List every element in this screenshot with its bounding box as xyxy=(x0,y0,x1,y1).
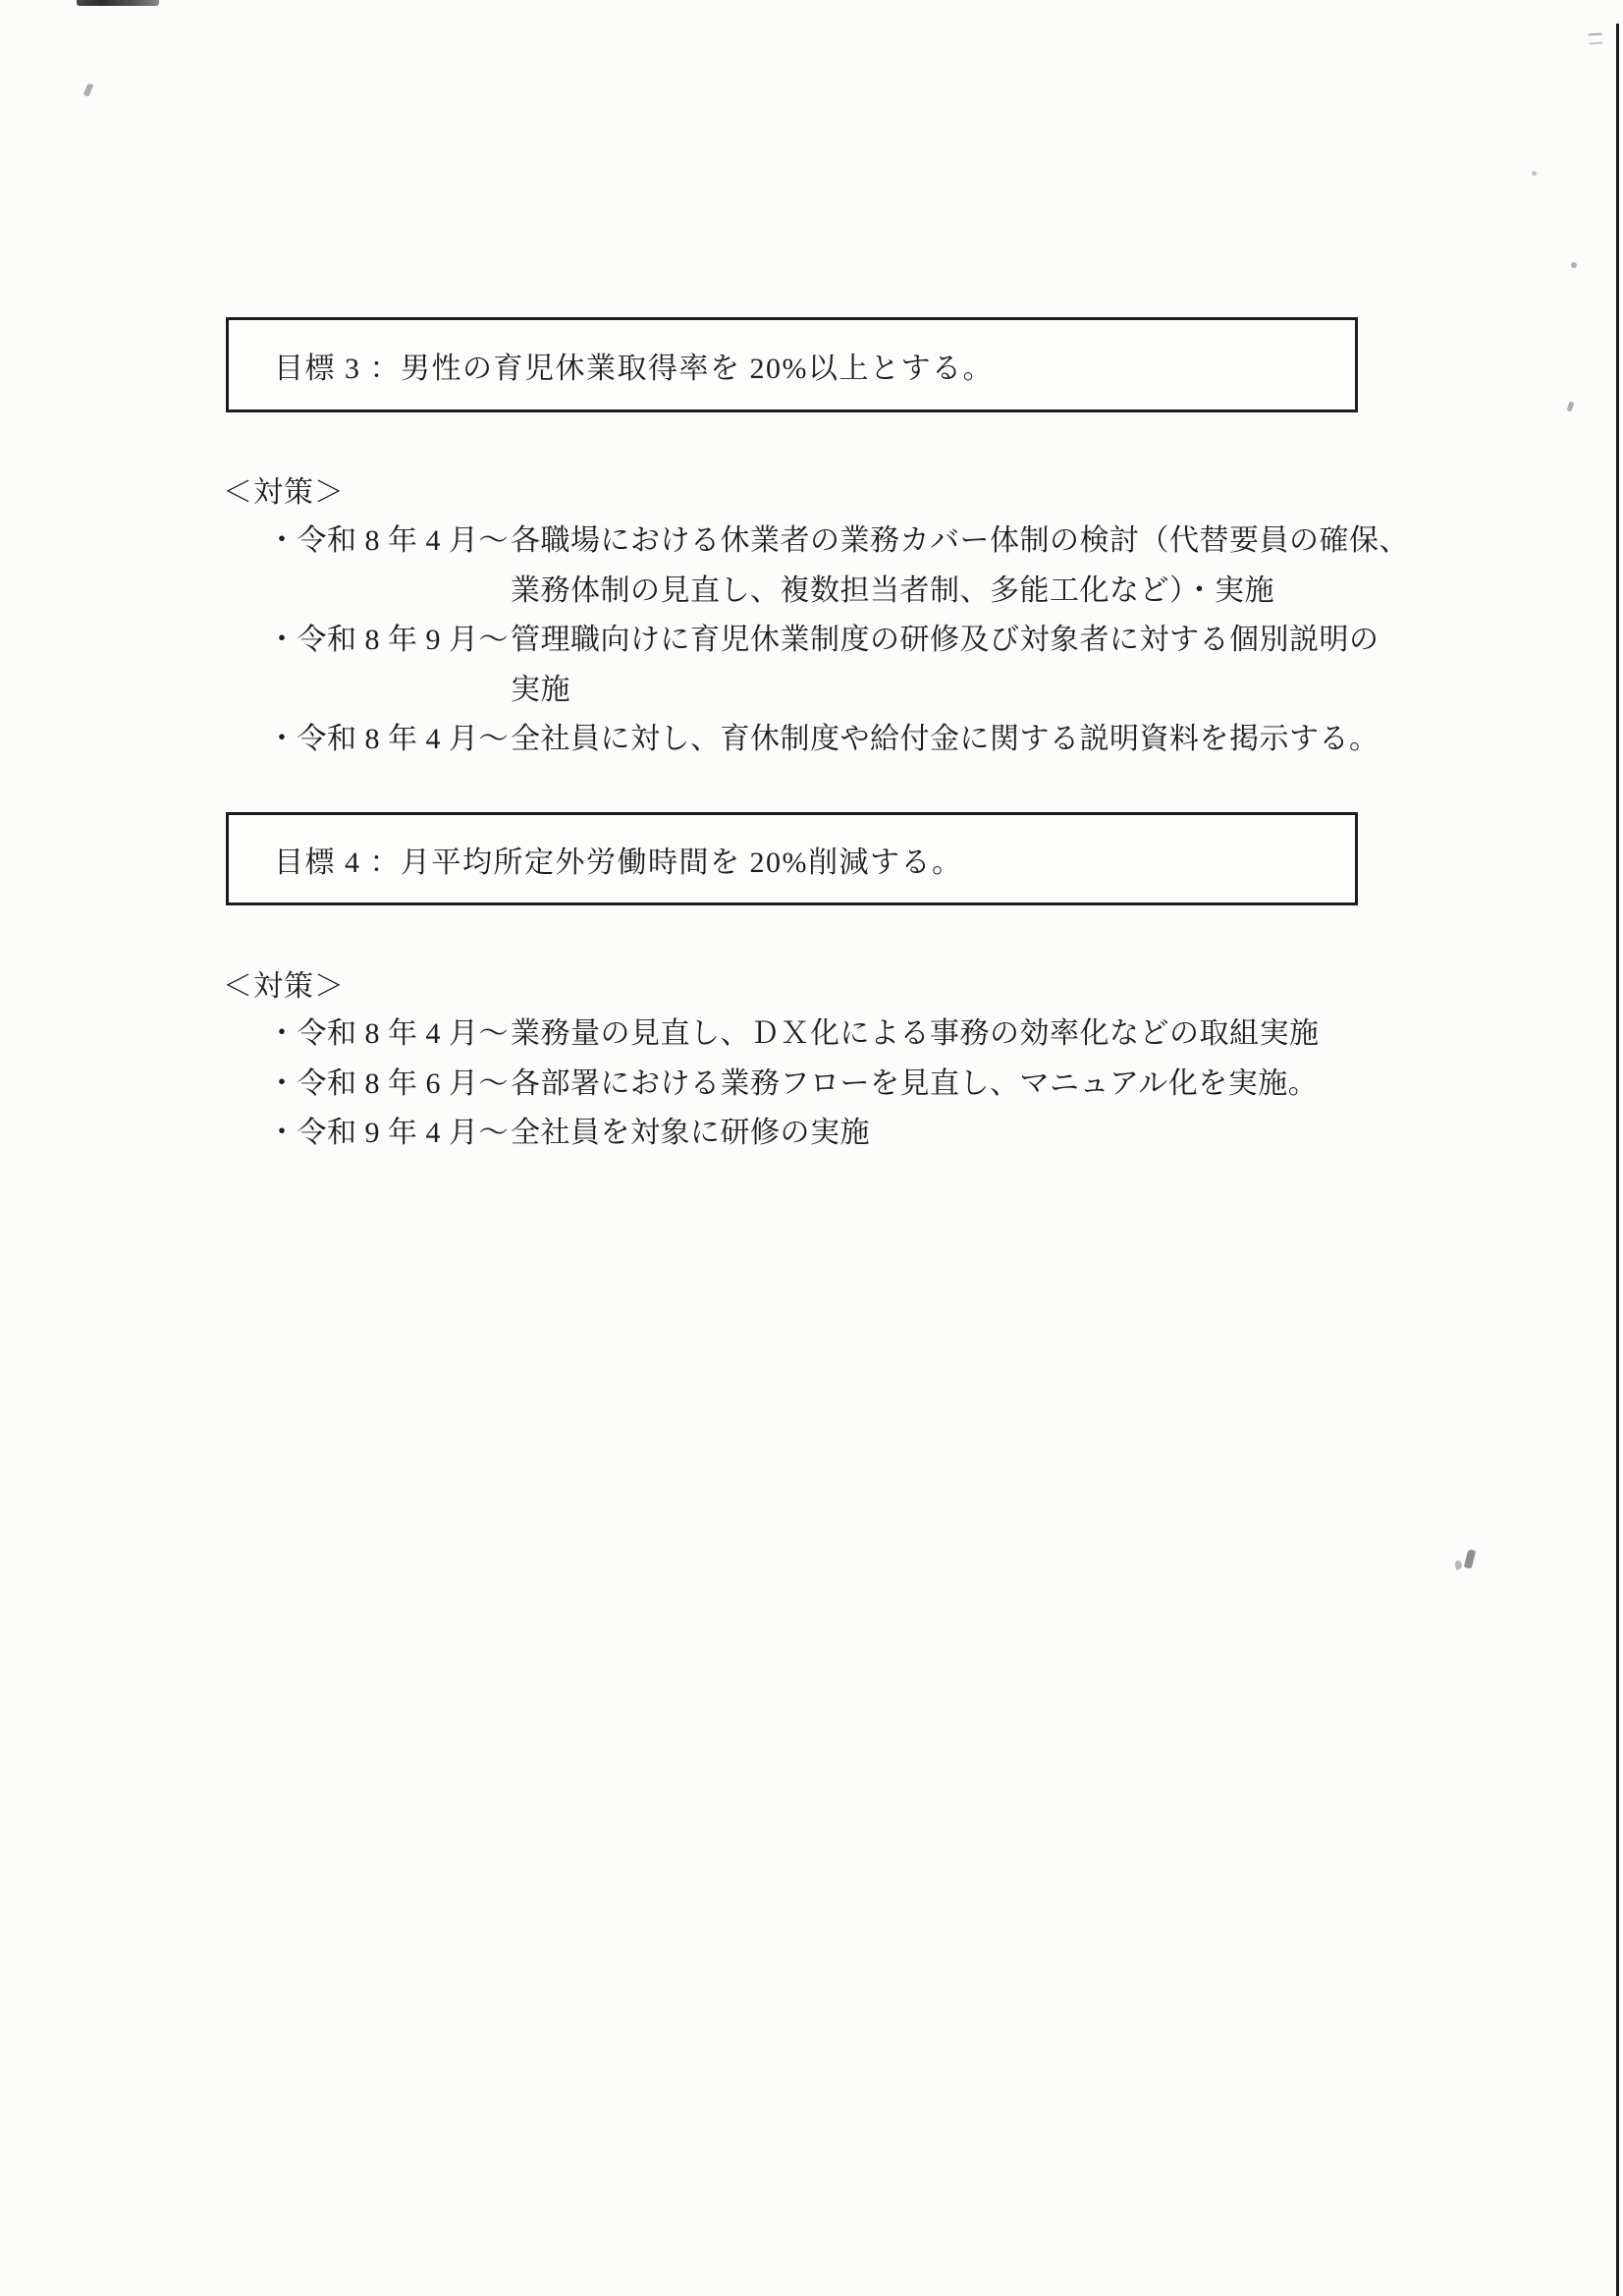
scan-edge-line-right xyxy=(1616,24,1619,2296)
goal-3-box: 目標 3 ：男性の育児休業取得率を 20%以上とする。 xyxy=(226,317,1358,412)
scanned-document-page: 目標 3 ：男性の育児休業取得率を 20%以上とする。 ＜対策＞ ・令和 8 年… xyxy=(0,0,1623,2296)
measure-date: ・令和 8 年 4 月～ xyxy=(267,517,511,616)
measures-list-goal-3: ・令和 8 年 4 月～ 各職場における休業者の業務カバー体制の検討（代替要員の… xyxy=(267,517,1409,765)
scan-speck-right-1 xyxy=(1532,171,1537,176)
measure-date: ・令和 8 年 9 月～ xyxy=(267,616,511,715)
measure-text-line: 全社員に対し、育休制度や給付金に関する説明資料を掲示する。 xyxy=(511,715,1409,765)
measure-item: ・令和 8 年 4 月～ 業務量の見直し、ＤＸ化による事務の効率化などの取組実施 xyxy=(267,1010,1320,1060)
measure-body: 各部署における業務フローを見直し、マニュアル化を実施。 xyxy=(511,1060,1320,1110)
measure-body: 管理職向けに育児休業制度の研修及び対象者に対する個別説明の 実施 xyxy=(511,616,1409,715)
measure-text-line: 業務量の見直し、ＤＸ化による事務の効率化などの取組実施 xyxy=(511,1010,1320,1060)
goal-3-text: 目標 3 ：男性の育児休業取得率を 20%以上とする。 xyxy=(274,344,994,387)
scan-smudge-top-edge xyxy=(77,0,159,6)
measure-body: 業務量の見直し、ＤＸ化による事務の効率化などの取組実施 xyxy=(511,1010,1320,1060)
goal-4-text: 目標 4 ：月平均所定外労働時間を 20%削減する。 xyxy=(274,838,963,881)
measure-text-line: 各職場における休業者の業務カバー体制の検討（代替要員の確保、 xyxy=(511,517,1409,567)
measure-item: ・令和 8 年 9 月～ 管理職向けに育児休業制度の研修及び対象者に対する個別説… xyxy=(267,616,1409,715)
scan-speck-top-right xyxy=(1589,33,1603,45)
measure-item: ・令和 8 年 6 月～ 各部署における業務フローを見直し、マニュアル化を実施。 xyxy=(267,1060,1320,1110)
goal-4-box: 目標 4 ：月平均所定外労働時間を 20%削減する。 xyxy=(226,812,1358,905)
scan-speck-bottom-right-2 xyxy=(1464,1549,1476,1568)
scan-speck-bottom-right-1 xyxy=(1454,1559,1463,1570)
scan-speck-top-left xyxy=(83,82,94,96)
scan-speck-right-3 xyxy=(1567,401,1575,411)
measure-body: 各職場における休業者の業務カバー体制の検討（代替要員の確保、 業務体制の見直し、… xyxy=(511,517,1409,616)
measure-item: ・令和 8 年 4 月～ 全社員に対し、育休制度や給付金に関する説明資料を掲示す… xyxy=(267,715,1409,765)
measure-text-line: 各部署における業務フローを見直し、マニュアル化を実施。 xyxy=(511,1060,1320,1110)
measures-heading-goal-3: ＜対策＞ xyxy=(223,474,345,512)
measure-text-line: 管理職向けに育児休業制度の研修及び対象者に対する個別説明の xyxy=(511,616,1409,666)
scan-speck-right-2 xyxy=(1571,262,1577,268)
measure-text-line: 実施 xyxy=(511,666,1409,716)
measure-text-line: 全社員を対象に研修の実施 xyxy=(511,1109,1320,1159)
measure-item: ・令和 8 年 4 月～ 各職場における休業者の業務カバー体制の検討（代替要員の… xyxy=(267,517,1409,616)
measure-body: 全社員に対し、育休制度や給付金に関する説明資料を掲示する。 xyxy=(511,715,1409,765)
measures-list-goal-4: ・令和 8 年 4 月～ 業務量の見直し、ＤＸ化による事務の効率化などの取組実施… xyxy=(267,1010,1320,1159)
measure-date: ・令和 8 年 6 月～ xyxy=(267,1060,511,1110)
measure-date: ・令和 8 年 4 月～ xyxy=(267,715,511,765)
measure-item: ・令和 9 年 4 月～ 全社員を対象に研修の実施 xyxy=(267,1109,1320,1159)
measure-text-line: 業務体制の見直し、複数担当者制、多能工化など）・実施 xyxy=(511,567,1409,617)
measure-date: ・令和 8 年 4 月～ xyxy=(267,1010,511,1060)
measures-heading-goal-4: ＜対策＞ xyxy=(223,968,345,1006)
measure-body: 全社員を対象に研修の実施 xyxy=(511,1109,1320,1159)
measure-date: ・令和 9 年 4 月～ xyxy=(267,1109,511,1159)
